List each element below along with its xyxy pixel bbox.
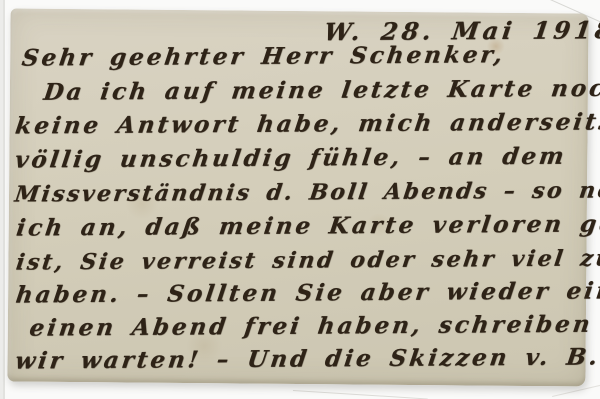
handwriting-line: völlig unschuldig fühle, – an dem (13, 143, 568, 175)
handwriting-line: wir warten! – Und die Skizzen v. B. — ? (13, 343, 600, 376)
postcard: W. 28. Mai 1918 Sehr geehrter Herr Schen… (7, 8, 588, 386)
handwriting-line: Da ich auf meine letzte Karte noch (42, 75, 600, 107)
photo-backdrop: W. 28. Mai 1918 Sehr geehrter Herr Schen… (0, 0, 600, 399)
salutation-line: Sehr geehrter Herr Schenker, (20, 41, 507, 72)
handwriting-line: einen Abend frei haben, schreiben Sie – (28, 310, 600, 343)
handwriting-line: ist, Sie verreist sind oder sehr viel zu… (14, 244, 600, 277)
handwriting-line: keine Antwort habe, mich anderseits (13, 108, 600, 140)
handwriting-line: haben. – Sollten Sie aber wieder einmal (14, 277, 600, 310)
handwriting-line: Missverständnis d. Boll Abends – so nehm… (13, 176, 600, 209)
handwriting-line: ich an, daß meine Karte verloren gegange… (15, 210, 600, 243)
crease-artifact-bottom-center (293, 390, 428, 399)
scan-edge-line (3, 0, 5, 399)
